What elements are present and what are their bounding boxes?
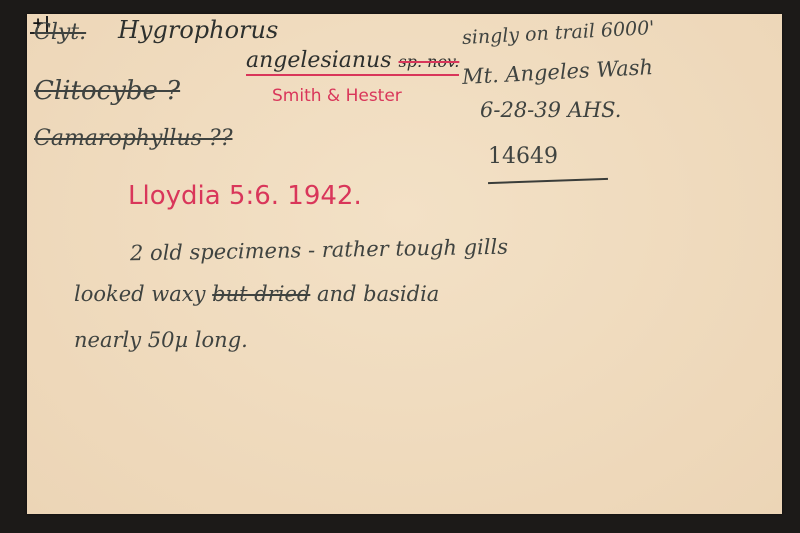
notes-struck-text: but dried (212, 282, 310, 306)
collection-number: 14649 (488, 146, 558, 168)
notes-line-3: nearly 50µ long. (74, 330, 248, 351)
species-name: angelesianus sp. nov. (246, 50, 459, 76)
notes-line-2: looked waxy but dried and basidia (74, 284, 439, 305)
species-epithet: angelesianus (246, 48, 392, 73)
date-collector: 6-28-39 AHS. (480, 100, 621, 121)
authors: Smith & Hester (272, 88, 402, 105)
notes-and-basidia: and basidia (317, 282, 439, 306)
publication-reference: Lloydia 5:6. 1942. (128, 183, 362, 209)
genus-hygrophorus: Hygrophorus (118, 18, 278, 42)
species-suffix-struck: sp. nov. (399, 52, 460, 71)
genus-struck-clitocybe: Clitocybe ? (34, 78, 180, 104)
genus-struck-camarophyllus: Camarophyllus ?? (34, 128, 232, 150)
notes-looked-waxy: looked waxy (74, 282, 205, 306)
genus-struck-clyt: Clyt. (34, 22, 86, 44)
